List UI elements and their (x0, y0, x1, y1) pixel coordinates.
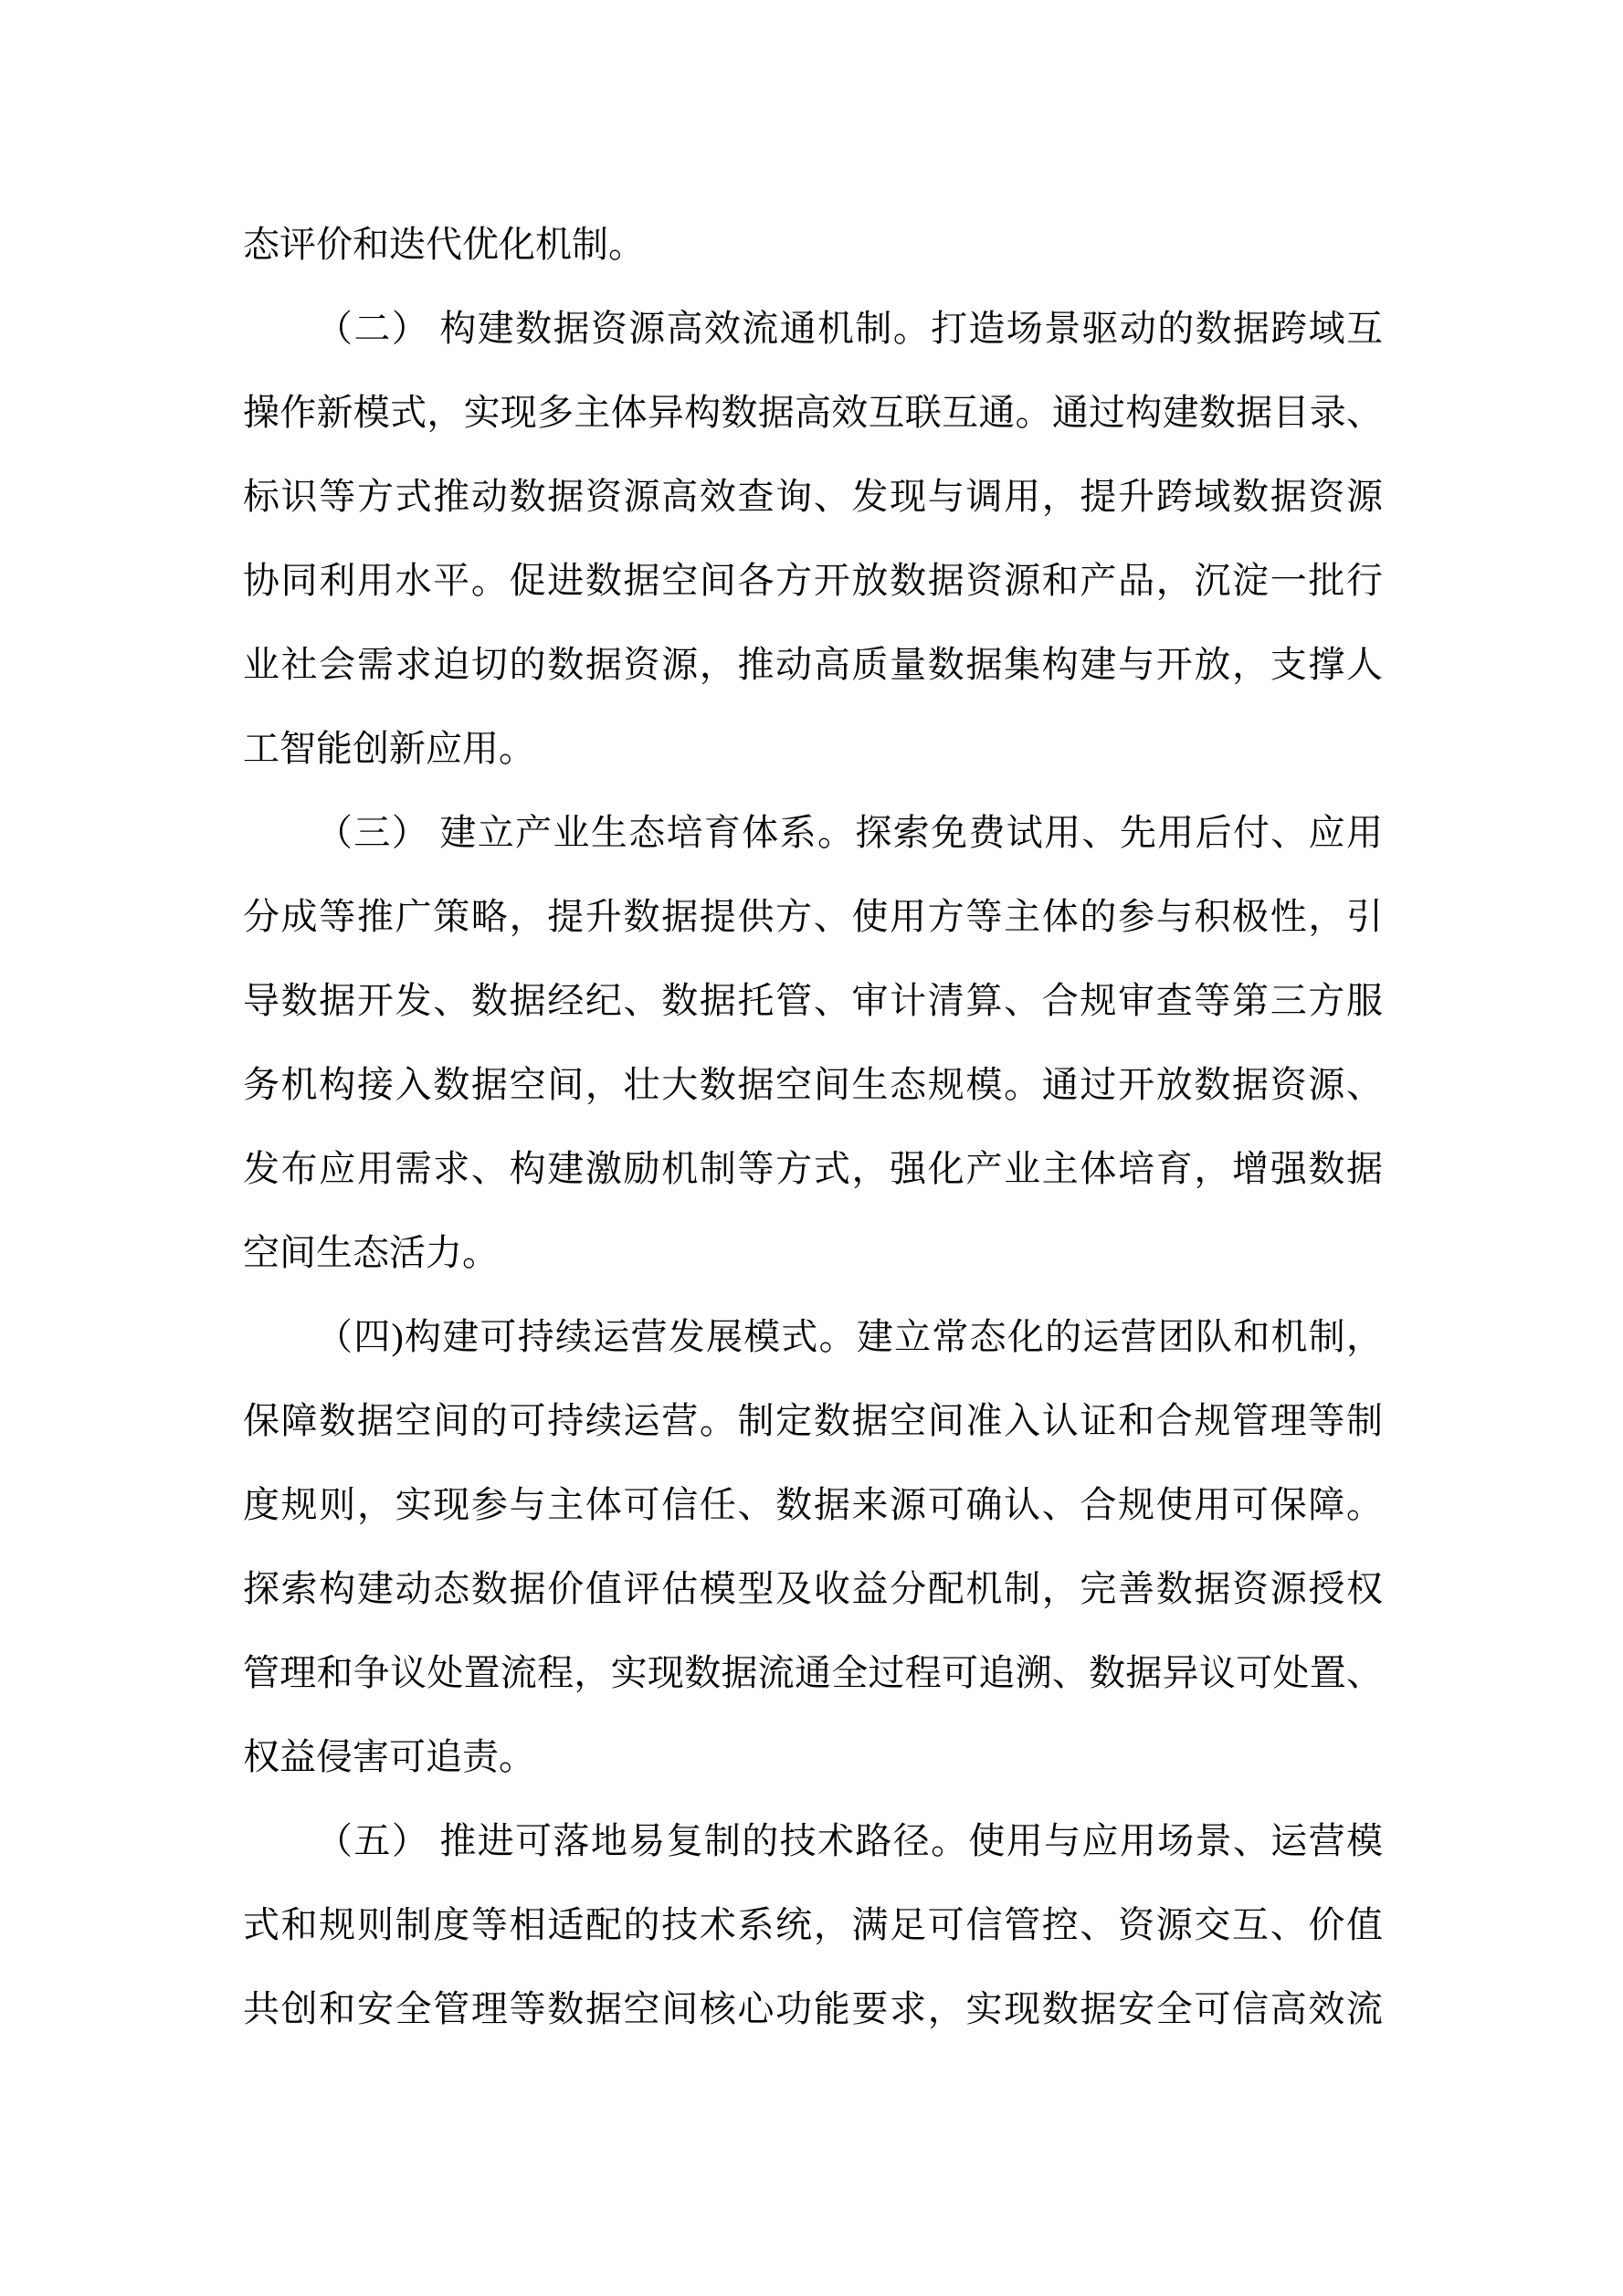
text-line: 工智能创新应用。 (243, 707, 1383, 791)
text-line: （三） 建立产业生态培育体系。探索免费试用、先用后付、应用 (243, 791, 1383, 875)
text-line: 共创和安全管理等数据空间核心功能要求，实现数据安全可信高效流 (243, 1967, 1383, 2051)
text-line: 式和规则制度等相适配的技术系统，满足可信管控、资源交互、价值 (243, 1883, 1383, 1967)
document-page: 态评价和迭代优化机制。 （二） 构建数据资源高效流通机制。打造场景驱动的数据跨域… (0, 0, 1623, 2296)
text-line: 空间生态活力。 (243, 1211, 1383, 1295)
paragraph-3: （三） 建立产业生态培育体系。探索免费试用、先用后付、应用 分成等推广策略，提升… (243, 791, 1383, 1295)
text-line: 务机构接入数据空间，壮大数据空间生态规模。通过开放数据资源、 (243, 1043, 1383, 1127)
text-line: 业社会需求迫切的数据资源，推动高质量数据集构建与开放，支撑人 (243, 623, 1383, 707)
text-line: 态评价和迭代优化机制。 (243, 203, 1383, 287)
text-line: （四)构建可持续运营发展模式。建立常态化的运营团队和机制， (243, 1295, 1383, 1379)
text-line: 标识等方式推动数据资源高效查询、发现与调用，提升跨域数据资源 (243, 455, 1383, 539)
text-line: 分成等推广策略，提升数据提供方、使用方等主体的参与积极性，引 (243, 875, 1383, 959)
text-line: 发布应用需求、构建激励机制等方式，强化产业主体培育，增强数据 (243, 1127, 1383, 1211)
text-line: 度规则，实现参与主体可信任、数据来源可确认、合规使用可保障。 (243, 1463, 1383, 1547)
text-line: 导数据开发、数据经纪、数据托管、审计清算、合规审查等第三方服 (243, 959, 1383, 1043)
paragraph-4: （四)构建可持续运营发展模式。建立常态化的运营团队和机制， 保障数据空间的可持续… (243, 1295, 1383, 1799)
text-line: 权益侵害可追责。 (243, 1715, 1383, 1799)
text-line: 保障数据空间的可持续运营。制定数据空间准入认证和合规管理等制 (243, 1379, 1383, 1463)
text-line: 操作新模式，实现多主体异构数据高效互联互通。通过构建数据目录、 (243, 371, 1383, 455)
paragraph-5: （五） 推进可落地易复制的技术路径。使用与应用场景、运营模 式和规则制度等相适配… (243, 1799, 1383, 2051)
text-line: （五） 推进可落地易复制的技术路径。使用与应用场景、运营模 (243, 1799, 1383, 1883)
text-line: 管理和争议处置流程，实现数据流通全过程可追溯、数据异议可处置、 (243, 1631, 1383, 1715)
text-line: 协同利用水平。促进数据空间各方开放数据资源和产品，沉淀一批行 (243, 539, 1383, 623)
paragraph-2: （二） 构建数据资源高效流通机制。打造场景驱动的数据跨域互 操作新模式，实现多主… (243, 287, 1383, 791)
text-line: （二） 构建数据资源高效流通机制。打造场景驱动的数据跨域互 (243, 287, 1383, 371)
paragraph-1-continuation: 态评价和迭代优化机制。 (243, 203, 1383, 287)
text-line: 探索构建动态数据价值评估模型及收益分配机制，完善数据资源授权 (243, 1547, 1383, 1631)
